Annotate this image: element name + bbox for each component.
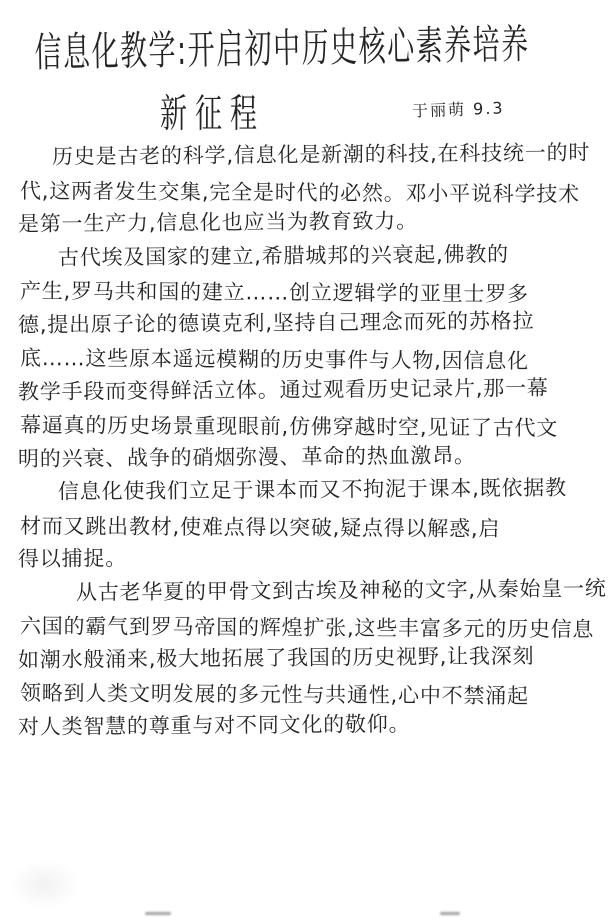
handwritten-line: 教学手段而变得鲜活立体。通过观看历史记录片,那一幕 <box>18 371 604 409</box>
scanned-page: 信息化教学:开启初中历史核心素养培养 新征程 于丽萌 9.3 历史是古老的科学,… <box>0 0 611 920</box>
paragraph-4: 从古老华夏的甲骨文到古埃及神秘的文字,从秦始皇一统 六国的霸气到罗马帝国的辉煌扩… <box>18 577 604 745</box>
scan-artifact-mark <box>145 912 171 915</box>
handwritten-line: 古代埃及国家的建立,希腊城邦的兴衰起,佛教的 <box>18 237 604 275</box>
scan-artifact-mark <box>440 912 460 915</box>
handwritten-line: 德,提出原子论的德谟克利,坚持自己理念而死的苏格拉 <box>18 304 604 342</box>
handwritten-line: 是第一生产力,信息化也应当为教育致力。 <box>18 203 604 241</box>
paragraph-3: 信息化使我们立足于课本而又不拘泥于课本,既依据教 材而又跳出教材,使难点得以突破… <box>18 476 604 577</box>
author-byline: 于丽萌 9.3 <box>412 95 505 121</box>
scan-artifact-blob <box>10 860 80 910</box>
handwritten-line: 信息化使我们立足于课本而又不拘泥于课本,既依据教 <box>18 471 604 509</box>
essay-body: 历史是古老的科学,信息化是新潮的科技,在科技统一的时 代,这两者发生交集,完全是… <box>18 141 604 744</box>
handwritten-line: 如潮水般涌来,极大地拓展了我国的历史视野,让我深刻 <box>18 639 604 677</box>
handwritten-line: 对人类智慧的尊重与对不同文化的敬仰。 <box>18 706 604 744</box>
paragraph-2: 古代埃及国家的建立,希腊城邦的兴衰起,佛教的 产生,罗马共和国的建立……创立逻辑… <box>18 242 604 477</box>
essay-title-line-1: 信息化教学:开启初中历史核心素养培养 <box>34 11 530 78</box>
paragraph-1: 历史是古老的科学,信息化是新潮的科技,在科技统一的时 代,这两者发生交集,完全是… <box>18 141 604 242</box>
handwritten-line: 明的兴衰、战争的硝烟弥漫、革命的热血激昂。 <box>18 438 604 476</box>
handwritten-line: 得以捕捉。 <box>18 538 604 576</box>
handwritten-line: 从古老华夏的甲骨文到古埃及神秘的文字,从秦始皇一统 <box>18 572 604 610</box>
essay-title-line-2: 新征程 <box>160 82 265 139</box>
handwritten-line: 历史是古老的科学,信息化是新潮的科技,在科技统一的时 <box>18 136 604 174</box>
